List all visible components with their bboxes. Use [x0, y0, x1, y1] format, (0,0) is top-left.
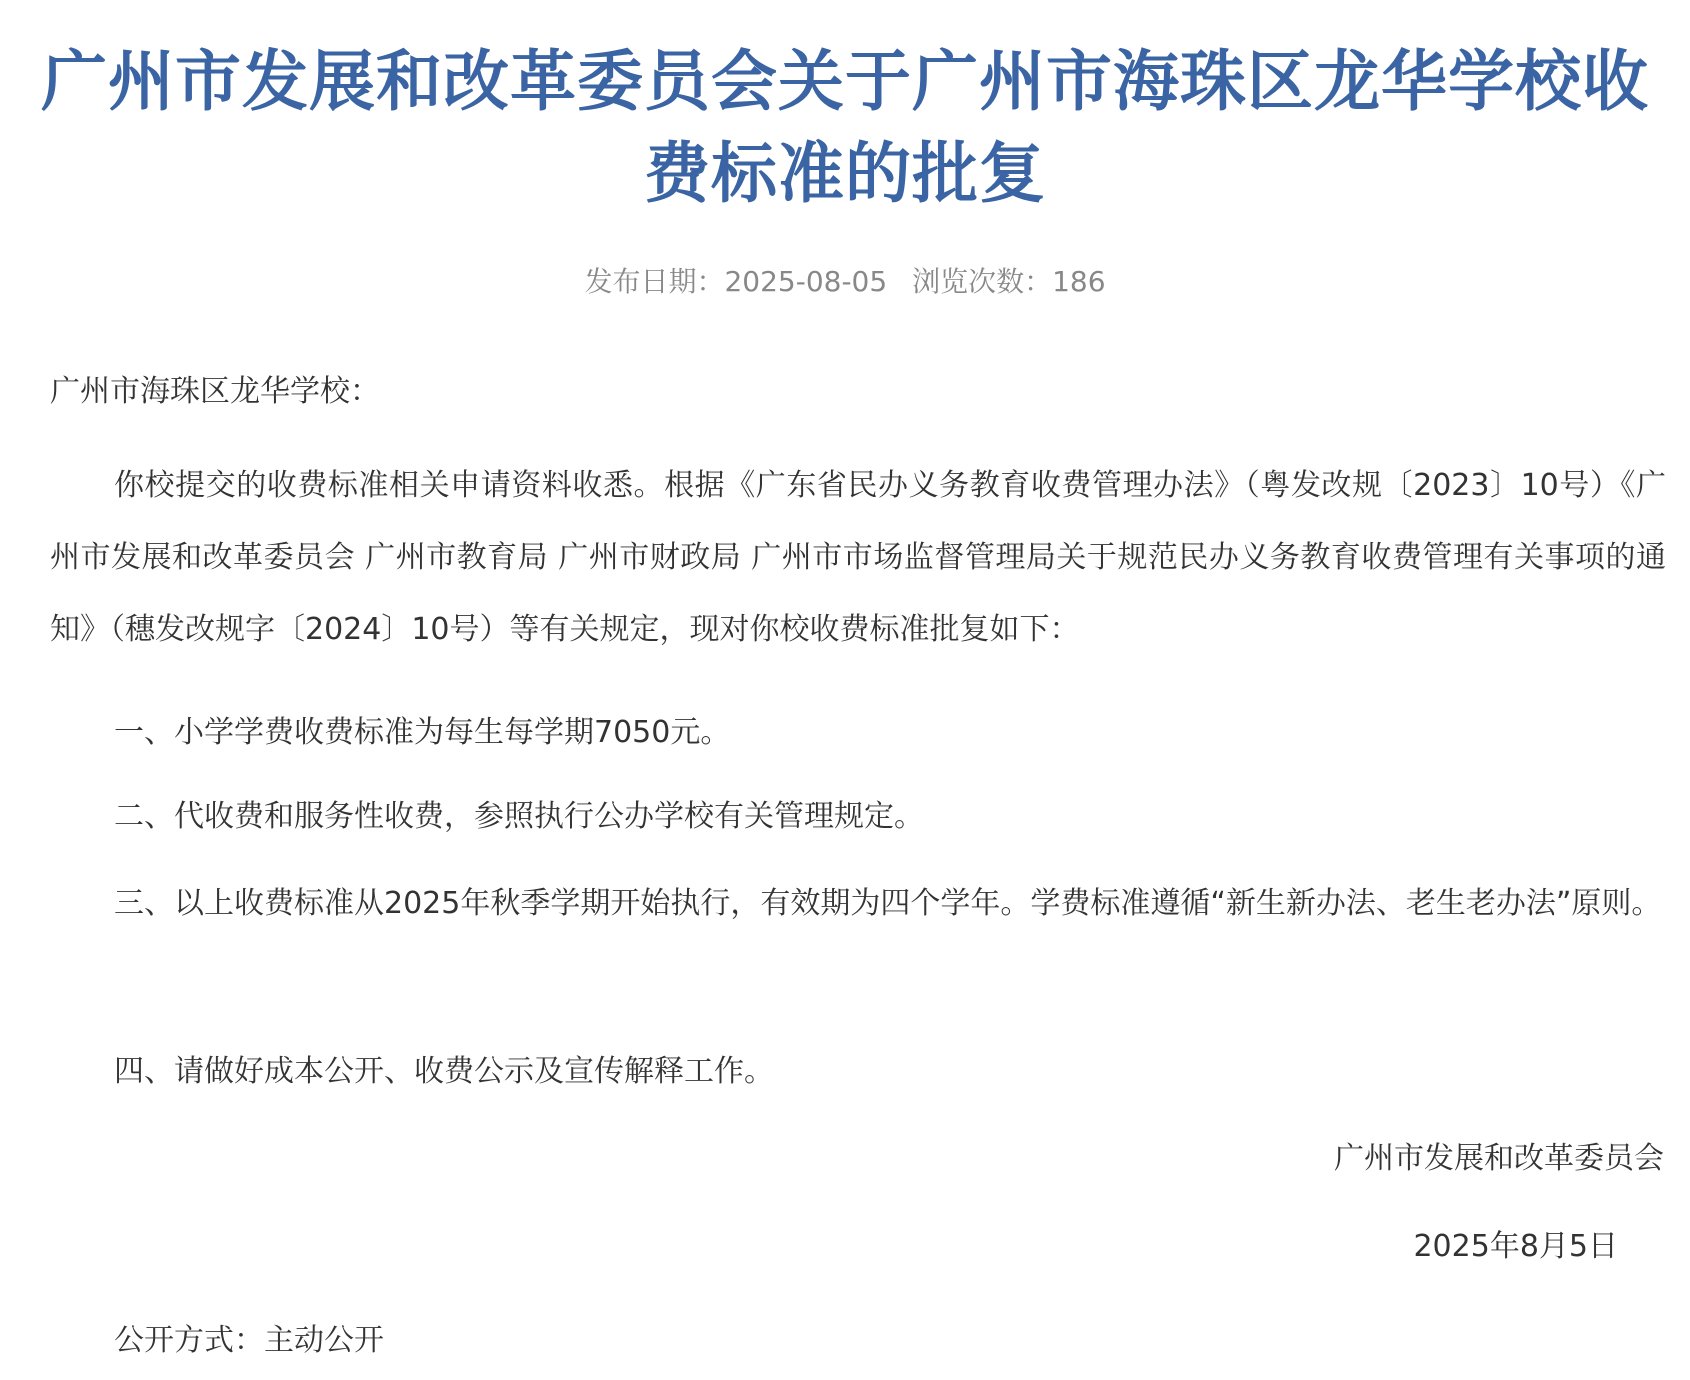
intro-paragraph: 你校提交的收费标准相关申请资料收悉。根据《广东省民办义务教育收费管理办法》（粤发…	[50, 450, 1666, 666]
approval-item-1: 一、小学学费收费标准为每生每学期7050元。	[114, 697, 1666, 769]
publish-date-value: 2025-08-05	[724, 265, 887, 298]
publish-date-label: 发布日期：	[584, 265, 724, 298]
page-title: 广州市发展和改革委员会关于广州市海珠区龙华学校收费标准的批复	[40, 36, 1650, 220]
approval-item-4: 四、请做好成本公开、收费公示及宣传解释工作。	[114, 1036, 1666, 1108]
signature-date: 2025年8月5日	[1413, 1211, 1618, 1283]
view-count-label: 浏览次数：	[912, 265, 1052, 298]
disclosure-method: 公开方式：主动公开	[114, 1305, 384, 1377]
view-count: 浏览次数：186	[912, 265, 1105, 298]
approval-item-2: 二、代收费和服务性收费，参照执行公办学校有关管理规定。	[114, 781, 1666, 853]
signature-organization: 广州市发展和改革委员会	[1334, 1123, 1664, 1195]
article-meta: 发布日期：2025-08-05 浏览次数：186	[0, 262, 1690, 302]
salutation: 广州市海珠区龙华学校：	[50, 356, 1666, 428]
view-count-value: 186	[1052, 265, 1105, 298]
document-page: 广州市发展和改革委员会关于广州市海珠区龙华学校收费标准的批复 发布日期：2025…	[0, 0, 1690, 1380]
publish-date: 发布日期：2025-08-05	[584, 265, 887, 298]
approval-item-3: 三、以上收费标准从2025年秋季学期开始执行，有效期为四个学年。学费标准遵循“新…	[50, 868, 1666, 940]
